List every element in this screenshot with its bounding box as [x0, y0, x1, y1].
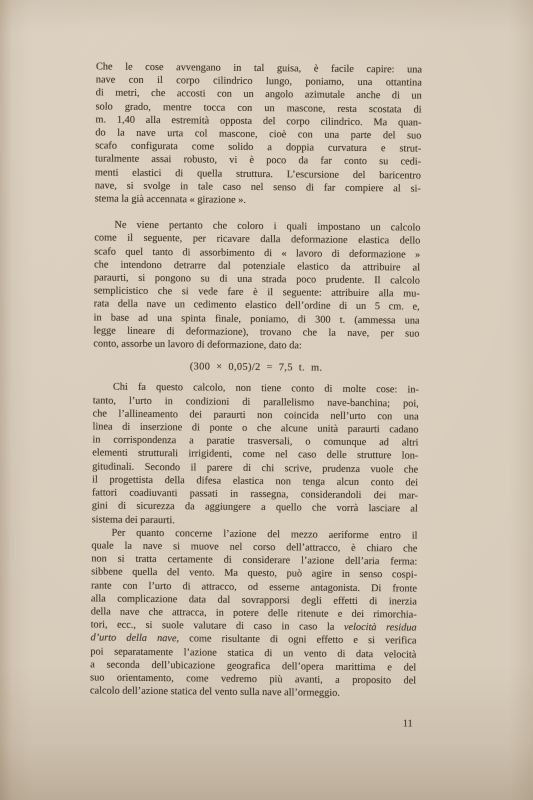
text-segment: di metri, che accosti con un angolo azim…	[96, 88, 422, 102]
paragraph: Che le cose avvengano in tal guisa, è fa…	[95, 60, 422, 208]
text-segment: come risultante di ogni effetto e si ver…	[179, 634, 417, 647]
italic-text-segment: velocità residua	[344, 622, 417, 634]
paragraph: Per quanto concerne l’azione del mezzo a…	[90, 526, 418, 701]
text-segment: conto, assorbe un lavoro di deformazione…	[93, 338, 302, 351]
book-page: Che le cose avvengano in tal guisa, è fa…	[0, 0, 533, 800]
text-segment: sistema dei paraurti.	[92, 514, 175, 526]
text-block: Che le cose avvengano in tal guisa, è fa…	[90, 60, 422, 731]
text-segment: calcolo dell’azione statica del vento su…	[90, 686, 340, 699]
text-segment: tori, ecc., si suole valutare di caso in…	[91, 620, 344, 633]
text-segment: Chi fa questo calcolo, non tiene conto d…	[113, 382, 419, 396]
text-segment: come il seguente, per ricavare dalla def…	[94, 233, 420, 247]
italic-text-segment: d’urto della nave,	[90, 633, 179, 645]
paragraphs: Che le cose avvengano in tal guisa, è fa…	[90, 60, 422, 700]
text-segment: sibbene quella del vento. Ma questo, può…	[91, 567, 417, 581]
text-segment: turalmente assai robusto, vi è poco da f…	[95, 154, 421, 168]
text-segment: rata della nave un cedimento elastico de…	[94, 299, 420, 313]
page-number: 11	[90, 715, 416, 731]
text-segment: stema la già accennata « girazione ».	[95, 193, 246, 205]
paragraph: Ne viene pertanto che coloro i quali imp…	[93, 219, 420, 354]
formula: (300 × 0,05)/2 = 7,5 t. m.	[93, 360, 419, 376]
text-segment: gini di sicurezza da aggiungere a quello…	[92, 501, 418, 515]
paragraph: Chi fa questo calcolo, non tiene conto d…	[92, 381, 419, 529]
